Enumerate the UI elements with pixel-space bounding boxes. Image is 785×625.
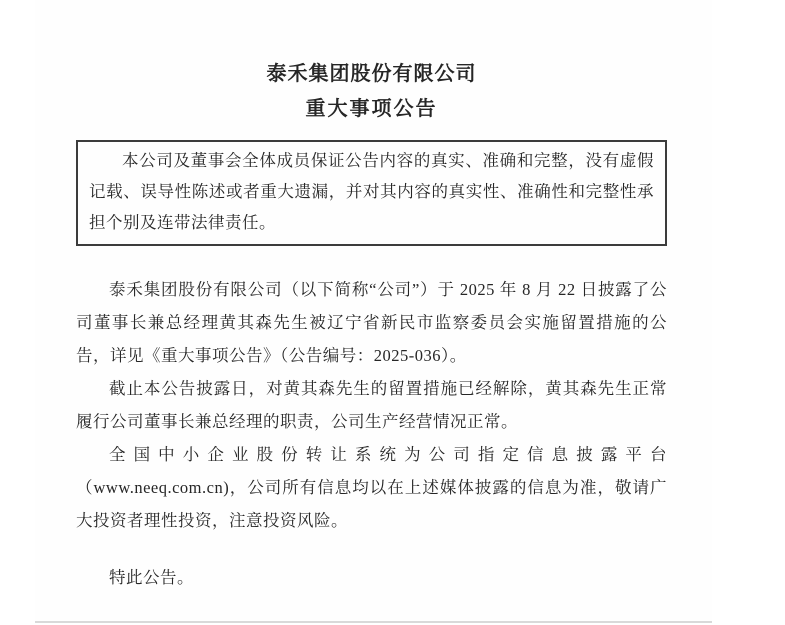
- screenshot-stage: 泰禾集团股份有限公司 重大事项公告 本公司及董事会全体成员保证公告内容的真实、准…: [0, 0, 785, 625]
- company-title: 泰禾集团股份有限公司: [76, 60, 667, 88]
- announcement-title: 重大事项公告: [76, 95, 667, 123]
- announcement-page: 泰禾集团股份有限公司 重大事项公告 本公司及董事会全体成员保证公告内容的真实、准…: [35, 0, 712, 623]
- closing-statement: 特此公告。: [76, 561, 667, 594]
- paragraph-disclosure: 泰禾集团股份有限公司（以下简称“公司”）于 2025 年 8 月 22 日披露了…: [76, 273, 667, 372]
- paragraph-disclosure-platform: 全国中小企业股份转让系统为公司指定信息披露平台（www.neeq.com.cn)…: [76, 438, 667, 537]
- disclaimer-box: 本公司及董事会全体成员保证公告内容的真实、准确和完整，没有虚假记载、误导性陈述或…: [76, 140, 667, 246]
- disclaimer-text: 本公司及董事会全体成员保证公告内容的真实、准确和完整，没有虚假记载、误导性陈述或…: [89, 145, 654, 238]
- paragraph-detention-lifted: 截止本公告披露日，对黄其森先生的留置措施已经解除，黄其森先生正常履行公司董事长兼…: [76, 372, 667, 438]
